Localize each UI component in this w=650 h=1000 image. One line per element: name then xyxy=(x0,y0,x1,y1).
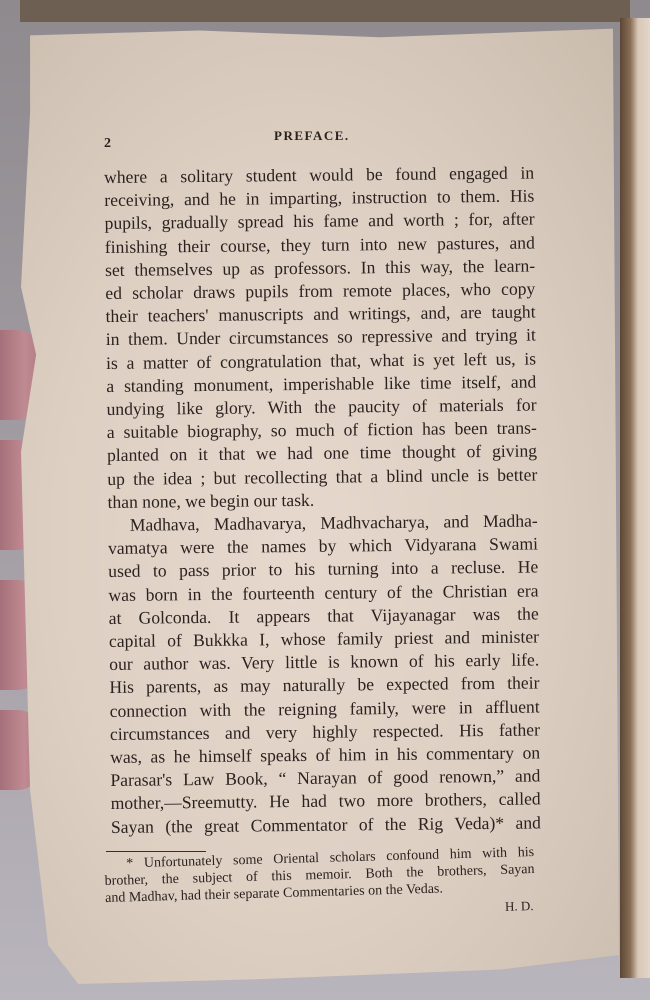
page-number: 2 xyxy=(104,136,111,152)
footnote-rule xyxy=(106,851,206,852)
paragraph-2: Madhava, Madhavarya, Madhvacharya, and M… xyxy=(108,510,541,839)
body-text: where a solitary student would be found … xyxy=(104,161,541,838)
page-header: 2 PREFACE. xyxy=(104,128,534,158)
background-shadow xyxy=(20,0,630,22)
running-head: PREFACE. xyxy=(274,128,350,144)
text-line: up the idea ; but recollecting that a bl… xyxy=(107,463,537,491)
text-line: Sayan (the great Commentator of the Rig … xyxy=(111,811,541,839)
page-content: 2 PREFACE. where a solitary student woul… xyxy=(104,128,534,926)
adjacent-page-edge xyxy=(620,18,650,978)
paragraph-1: where a solitary student would be found … xyxy=(104,161,538,514)
footnote: * Unfortunately some Oriental scholars c… xyxy=(104,844,536,926)
